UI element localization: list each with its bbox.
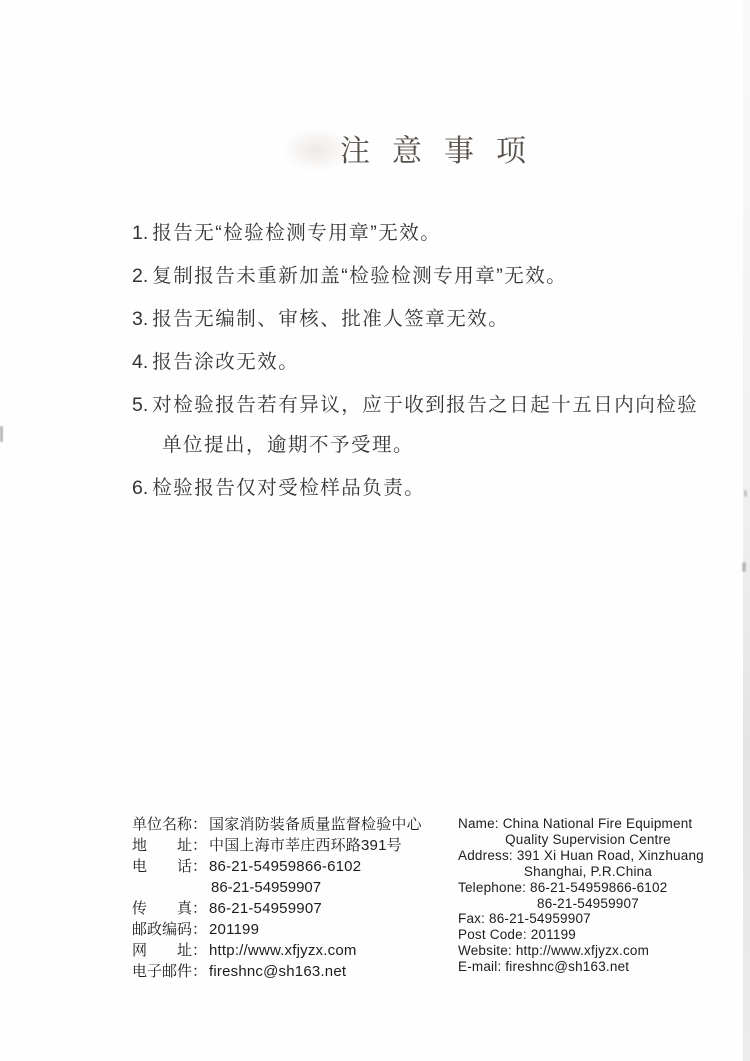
note-number: 2. bbox=[132, 256, 148, 296]
note-item: 3.报告无编制、审核、批准人签章无效。 bbox=[132, 299, 702, 339]
contact-line: Address: 391 Xi Huan Road, Xinzhuang bbox=[458, 848, 718, 864]
contact-line: Telephone: 86-21-54959866-6102 bbox=[458, 880, 718, 896]
contact-label: 地 址： bbox=[132, 835, 209, 856]
contact-label: 网 址： bbox=[132, 940, 209, 961]
note-item: 5.对检验报告若有异议，应于收到报告之日起十五日内向检验 单位提出，逾期不予受理… bbox=[132, 385, 702, 465]
note-text: 报告无“检验检测专用章”无效。 bbox=[152, 222, 441, 244]
contact-value: 86-21-54959907 bbox=[209, 900, 322, 917]
note-number: 5. bbox=[132, 385, 148, 425]
page-title: 注意事项 bbox=[340, 133, 548, 171]
note-text: 报告无编制、审核、批准人签章无效。 bbox=[152, 308, 509, 330]
contact-line: Website: http://www.xfjyzx.com bbox=[458, 943, 718, 959]
contact-line-continuation: Quality Supervision Centre bbox=[458, 832, 718, 848]
contact-line: E-mail: fireshnc@sh163.net bbox=[458, 959, 718, 975]
scan-speck bbox=[0, 426, 3, 442]
contact-line: Post Code: 201199 bbox=[458, 927, 718, 943]
contact-label: 电 话： bbox=[132, 856, 209, 877]
scan-speck bbox=[742, 562, 746, 572]
note-item: 6.检验报告仅对受检样品负责。 bbox=[132, 468, 702, 508]
contact-label: 电子邮件： bbox=[132, 961, 209, 982]
contact-value: http://www.xfjyzx.com bbox=[209, 942, 357, 959]
scan-speck bbox=[744, 490, 747, 497]
scan-edge-shadow bbox=[743, 0, 750, 1061]
contact-row: 邮政编码：201199 bbox=[132, 919, 447, 940]
contact-line: Name: China National Fire Equipment bbox=[458, 816, 718, 832]
note-number: 6. bbox=[132, 468, 148, 508]
note-text: 报告涂改无效。 bbox=[152, 351, 299, 373]
contact-value: 201199 bbox=[209, 921, 259, 938]
scanned-document-page: 注意事项 1.报告无“检验检测专用章”无效。 2.复制报告未重新加盖“检验检测专… bbox=[0, 0, 750, 1061]
contact-line: Fax: 86-21-54959907 bbox=[458, 911, 718, 927]
contact-row: 传 真：86-21-54959907 bbox=[132, 898, 447, 919]
note-item: 4.报告涂改无效。 bbox=[132, 342, 702, 382]
contact-value: 中国上海市莘庄西环路391号 bbox=[209, 837, 402, 854]
contact-value: fireshnc@sh163.net bbox=[209, 963, 346, 980]
note-number: 4. bbox=[132, 342, 148, 382]
note-number: 3. bbox=[132, 299, 148, 339]
contact-label: 邮政编码： bbox=[132, 919, 209, 940]
notes-list: 1.报告无“检验检测专用章”无效。 2.复制报告未重新加盖“检验检测专用章”无效… bbox=[132, 213, 702, 511]
contact-label: 单位名称： bbox=[132, 814, 209, 835]
contact-value-continuation: 86-21-54959907 bbox=[132, 877, 447, 898]
contact-value: 86-21-54959866-6102 bbox=[209, 858, 361, 875]
contact-block-chinese: 单位名称：国家消防装备质量监督检验中心 地 址：中国上海市莘庄西环路391号 电… bbox=[132, 814, 447, 982]
note-text: 检验报告仅对受检样品负责。 bbox=[152, 477, 425, 499]
note-item: 2.复制报告未重新加盖“检验检测专用章”无效。 bbox=[132, 256, 702, 296]
note-item: 1.报告无“检验检测专用章”无效。 bbox=[132, 213, 702, 253]
note-number: 1. bbox=[132, 213, 148, 253]
contact-row: 电子邮件：fireshnc@sh163.net bbox=[132, 961, 447, 982]
contact-row: 单位名称：国家消防装备质量监督检验中心 bbox=[132, 814, 447, 835]
note-text-continuation: 单位提出，逾期不予受理。 bbox=[132, 425, 702, 465]
contact-row: 电 话：86-21-54959866-6102 bbox=[132, 856, 447, 877]
contact-row: 网 址：http://www.xfjyzx.com bbox=[132, 940, 447, 961]
note-text: 对检验报告若有异议，应于收到报告之日起十五日内向检验 bbox=[152, 394, 698, 416]
contact-label: 传 真： bbox=[132, 898, 209, 919]
contact-block-english: Name: China National Fire Equipment Qual… bbox=[458, 816, 718, 975]
contact-line-continuation: Shanghai, P.R.China bbox=[458, 864, 718, 880]
contact-line-continuation: 86-21-54959907 bbox=[458, 896, 718, 912]
note-text: 复制报告未重新加盖“检验检测专用章”无效。 bbox=[152, 265, 567, 287]
contact-row: 地 址：中国上海市莘庄西环路391号 bbox=[132, 835, 447, 856]
contact-value: 国家消防装备质量监督检验中心 bbox=[209, 816, 422, 833]
